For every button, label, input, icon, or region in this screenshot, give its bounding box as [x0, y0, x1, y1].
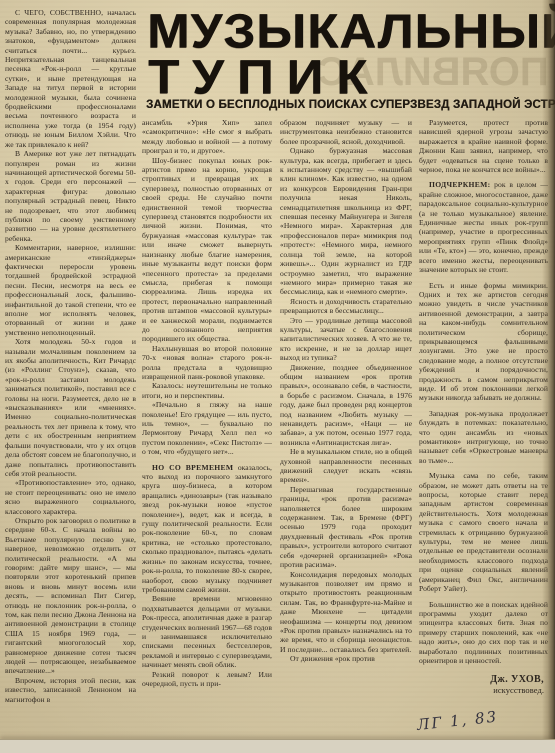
- paragraph: Консолидация передовых молодых музыканто…: [280, 570, 412, 655]
- paragraph: От движения «рок против: [280, 654, 412, 663]
- paragraph-with-lead: ПОДЧЕРКНЕМ: рок в целом — крайне сложное…: [419, 180, 548, 274]
- author-signature: Дж. УХОВ, искусствовед.: [419, 674, 548, 695]
- column-3: образом подчиняет музыку — и инструменто…: [280, 118, 412, 735]
- author-name: Дж. УХОВ,: [419, 674, 544, 685]
- paragraph: В Америке вот уже лет пятнадцать популяр…: [5, 149, 136, 243]
- paragraph: «Противопоставление» это, однако, не сто…: [5, 478, 136, 516]
- newspaper-clipping: ПОЯВИЛАС МУЗЫКАЛЬНЫЙ ТУПИК ЗАМЕТКИ О БЕС…: [0, 0, 555, 753]
- paragraph: Комментарии, наверное, излишни: американ…: [5, 243, 136, 337]
- paragraph: Резкий поворот к левым? Или очередной, п…: [142, 670, 272, 689]
- paragraph: ансамбль «Урия Хип» запел «самокритично»…: [142, 118, 272, 156]
- page-edge-bottom: [0, 739, 555, 753]
- paragraph: Не в музыкальном стиле, но в общей духов…: [280, 447, 412, 485]
- paragraph: Шоу-бизнес покупал юных рок-артистов пря…: [142, 156, 272, 344]
- column-4: Разумеется, протест против нависшей ядер…: [419, 118, 548, 735]
- paragraph: Разумеется, протест против нависшей ядер…: [419, 118, 548, 174]
- column-1: С ЧЕГО, СОБСТВЕННО, началась современная…: [5, 8, 136, 735]
- paragraph: Есть и иные формы мимикрии. Одних и тех …: [419, 281, 548, 403]
- paragraph: Западная рок-музыка продолжает блуждать …: [419, 409, 548, 465]
- column-2: ансамбль «Урия Хип» запел «самокритично»…: [142, 118, 272, 735]
- section-lead: ПОДЧЕРКНЕМ:: [429, 180, 490, 189]
- article-subtitle: ЗАМЕТКИ О БЕСПЛОДНЫХ ПОИСКАХ СУПЕРЗВЕЗД …: [146, 99, 549, 112]
- paragraph: Хотя молодежь 50-х годов и называли молч…: [5, 337, 136, 478]
- paragraph-with-lead: НО СО ВРЕМЕНЕМ оказалось, что выход из п…: [142, 463, 272, 595]
- paragraph: Большинство же в поисках идейной програм…: [419, 600, 548, 666]
- paragraph: Движение, позднее объединенное общим наз…: [280, 363, 412, 448]
- author-role: искусствовед.: [419, 685, 544, 695]
- paragraph-text: оказалось, что выход из порочного замкну…: [142, 463, 272, 594]
- paragraph: «Печально я гляжу на наше поколенье! Его…: [142, 400, 272, 456]
- paragraph: Нахлынувшая во второй половине 70-х «нов…: [142, 344, 272, 382]
- paragraph: Ясность и доходчивость старательно превр…: [280, 297, 412, 316]
- paragraph: Открыто рок заговорил о политике в серед…: [5, 516, 136, 676]
- paragraph: Впрочем, история этой песни, как известн…: [5, 676, 136, 704]
- paragraph-text: рок в целом — крайне сложное, многососта…: [419, 180, 548, 274]
- paragraph: С ЧЕГО, СОБСТВЕННО, началась современная…: [5, 8, 136, 149]
- paragraph: Перешагивая государственные границы, «ро…: [280, 485, 412, 570]
- paragraph: Музыка сама по себе, таким образом, не м…: [419, 471, 548, 593]
- section-lead: НО СО ВРЕМЕНЕМ: [152, 463, 233, 472]
- paragraph: Казалось: неутешительны не только итоги,…: [142, 381, 272, 400]
- paragraph: Однако буржуазная массовая культура, как…: [280, 146, 412, 297]
- paragraph: образом подчиняет музыку — и инструменто…: [280, 118, 412, 146]
- paragraph: Это — уродливые детища массовой культуры…: [280, 316, 412, 363]
- paragraph: Веяние времени мгновенно подхватывается …: [142, 594, 272, 669]
- article-title-line2: ТУПИК: [148, 49, 380, 105]
